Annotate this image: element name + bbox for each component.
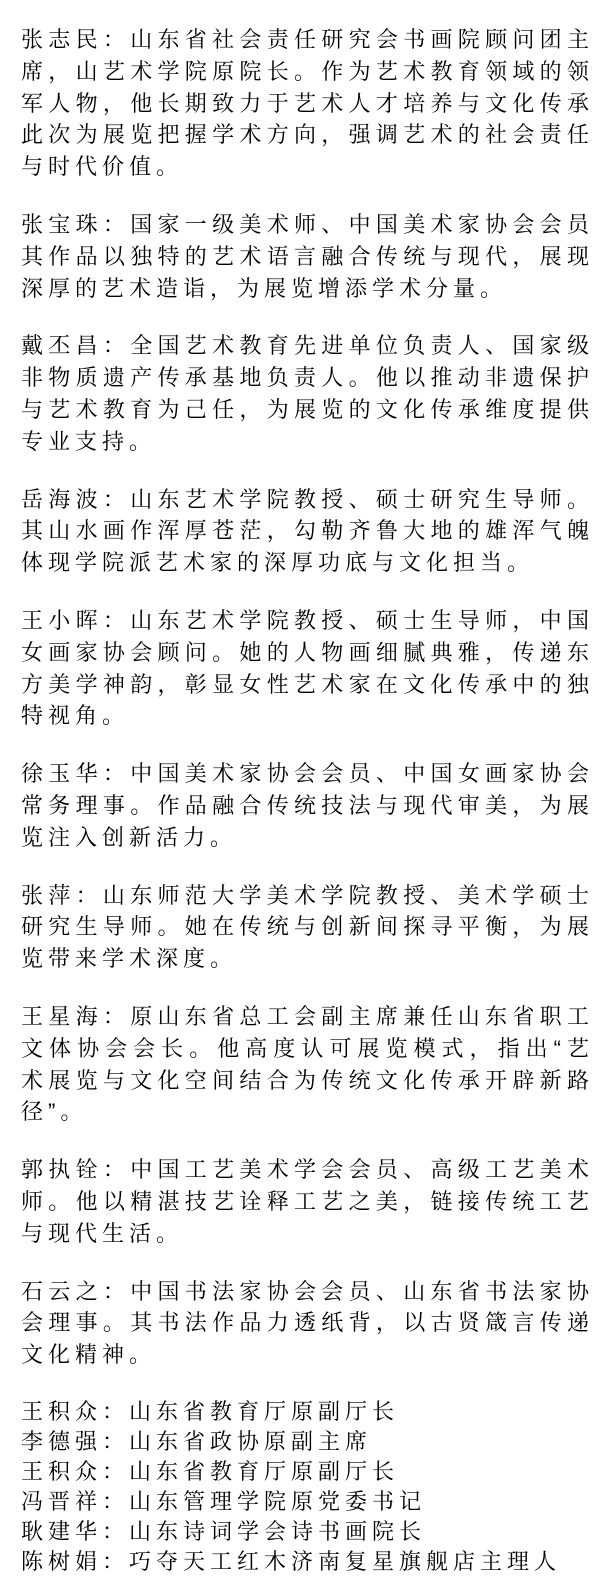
official-line-geng-jianhua: 耿建华：山东诗词学会诗书画院长 (21, 1517, 594, 1547)
bio-paragraph-wang-xinghai: 王星海：原山东省总工会副主席兼任山东省职工文体协会会长。他高度认可展览模式，指出… (21, 1001, 594, 1128)
bio-paragraph-shi-yunzhi: 石云之：中国书法家协会会员、山东省书法家协会理事。其书法作品力透纸背，以古贤箴言… (21, 1276, 594, 1371)
official-line-li-deqiang: 李德强：山东省政协原副主席 (21, 1427, 594, 1457)
bio-paragraph-xu-yuhua: 徐玉华：中国美术家协会会员、中国女画家协会常务理事。作品融合传统技法与现代审美，… (21, 758, 594, 853)
bio-paragraph-yue-haibo: 岳海波：山东艺术学院教授、硕士研究生导师。其山水画作浑厚苍茫，勾勒齐鲁大地的雄浑… (21, 484, 594, 579)
official-line-chen-shujuan: 陈树娟：巧夺天工红木济南复星旗舰店主理人 (21, 1547, 594, 1577)
official-line-wang-jizhong-1: 王积众：山东省教育厅原副厅长 (21, 1397, 594, 1427)
bio-paragraph-wang-xiaohui: 王小晖：山东艺术学院教授、硕士生导师，中国女画家协会顾问。她的人物画细腻典雅，传… (21, 605, 594, 732)
article-text: 张志民：山东省社会责任研究会书画院顾问团主席，山艺术学院原院长。作为艺术教育领域… (0, 0, 600, 1595)
bio-paragraph-guo-zhiquan: 郭执铨：中国工艺美术学会会员、高级工艺美术师。他以精湛技艺诠释工艺之美，链接传统… (21, 1154, 594, 1249)
bio-paragraph-zhang-ping: 张萍：山东师范大学美术学院教授、美术学硕士研究生导师。她在传统与创新间探寻平衡，… (21, 880, 594, 975)
bio-paragraph-zhang-zhimin: 张志民：山东省社会责任研究会书画院顾问团主席，山艺术学院原院长。作为艺术教育领域… (21, 24, 594, 183)
bio-paragraph-dai-pichang: 戴丕昌：全国艺术教育先进单位负责人、国家级非物质遗产传承基地负责人。他以推动非遗… (21, 330, 594, 457)
officials-list: 王积众：山东省教育厅原副厅长 李德强：山东省政协原副主席 王积众：山东省教育厅原… (21, 1397, 594, 1577)
official-line-wang-jizhong-2: 王积众：山东省教育厅原副厅长 (21, 1457, 594, 1487)
bio-paragraph-zhang-baozhu: 张宝珠：国家一级美术师、中国美术家协会会员其作品以独特的艺术语言融合传统与现代，… (21, 209, 594, 304)
official-line-feng-jinxiang: 冯晋祥：山东管理学院原党委书记 (21, 1487, 594, 1517)
